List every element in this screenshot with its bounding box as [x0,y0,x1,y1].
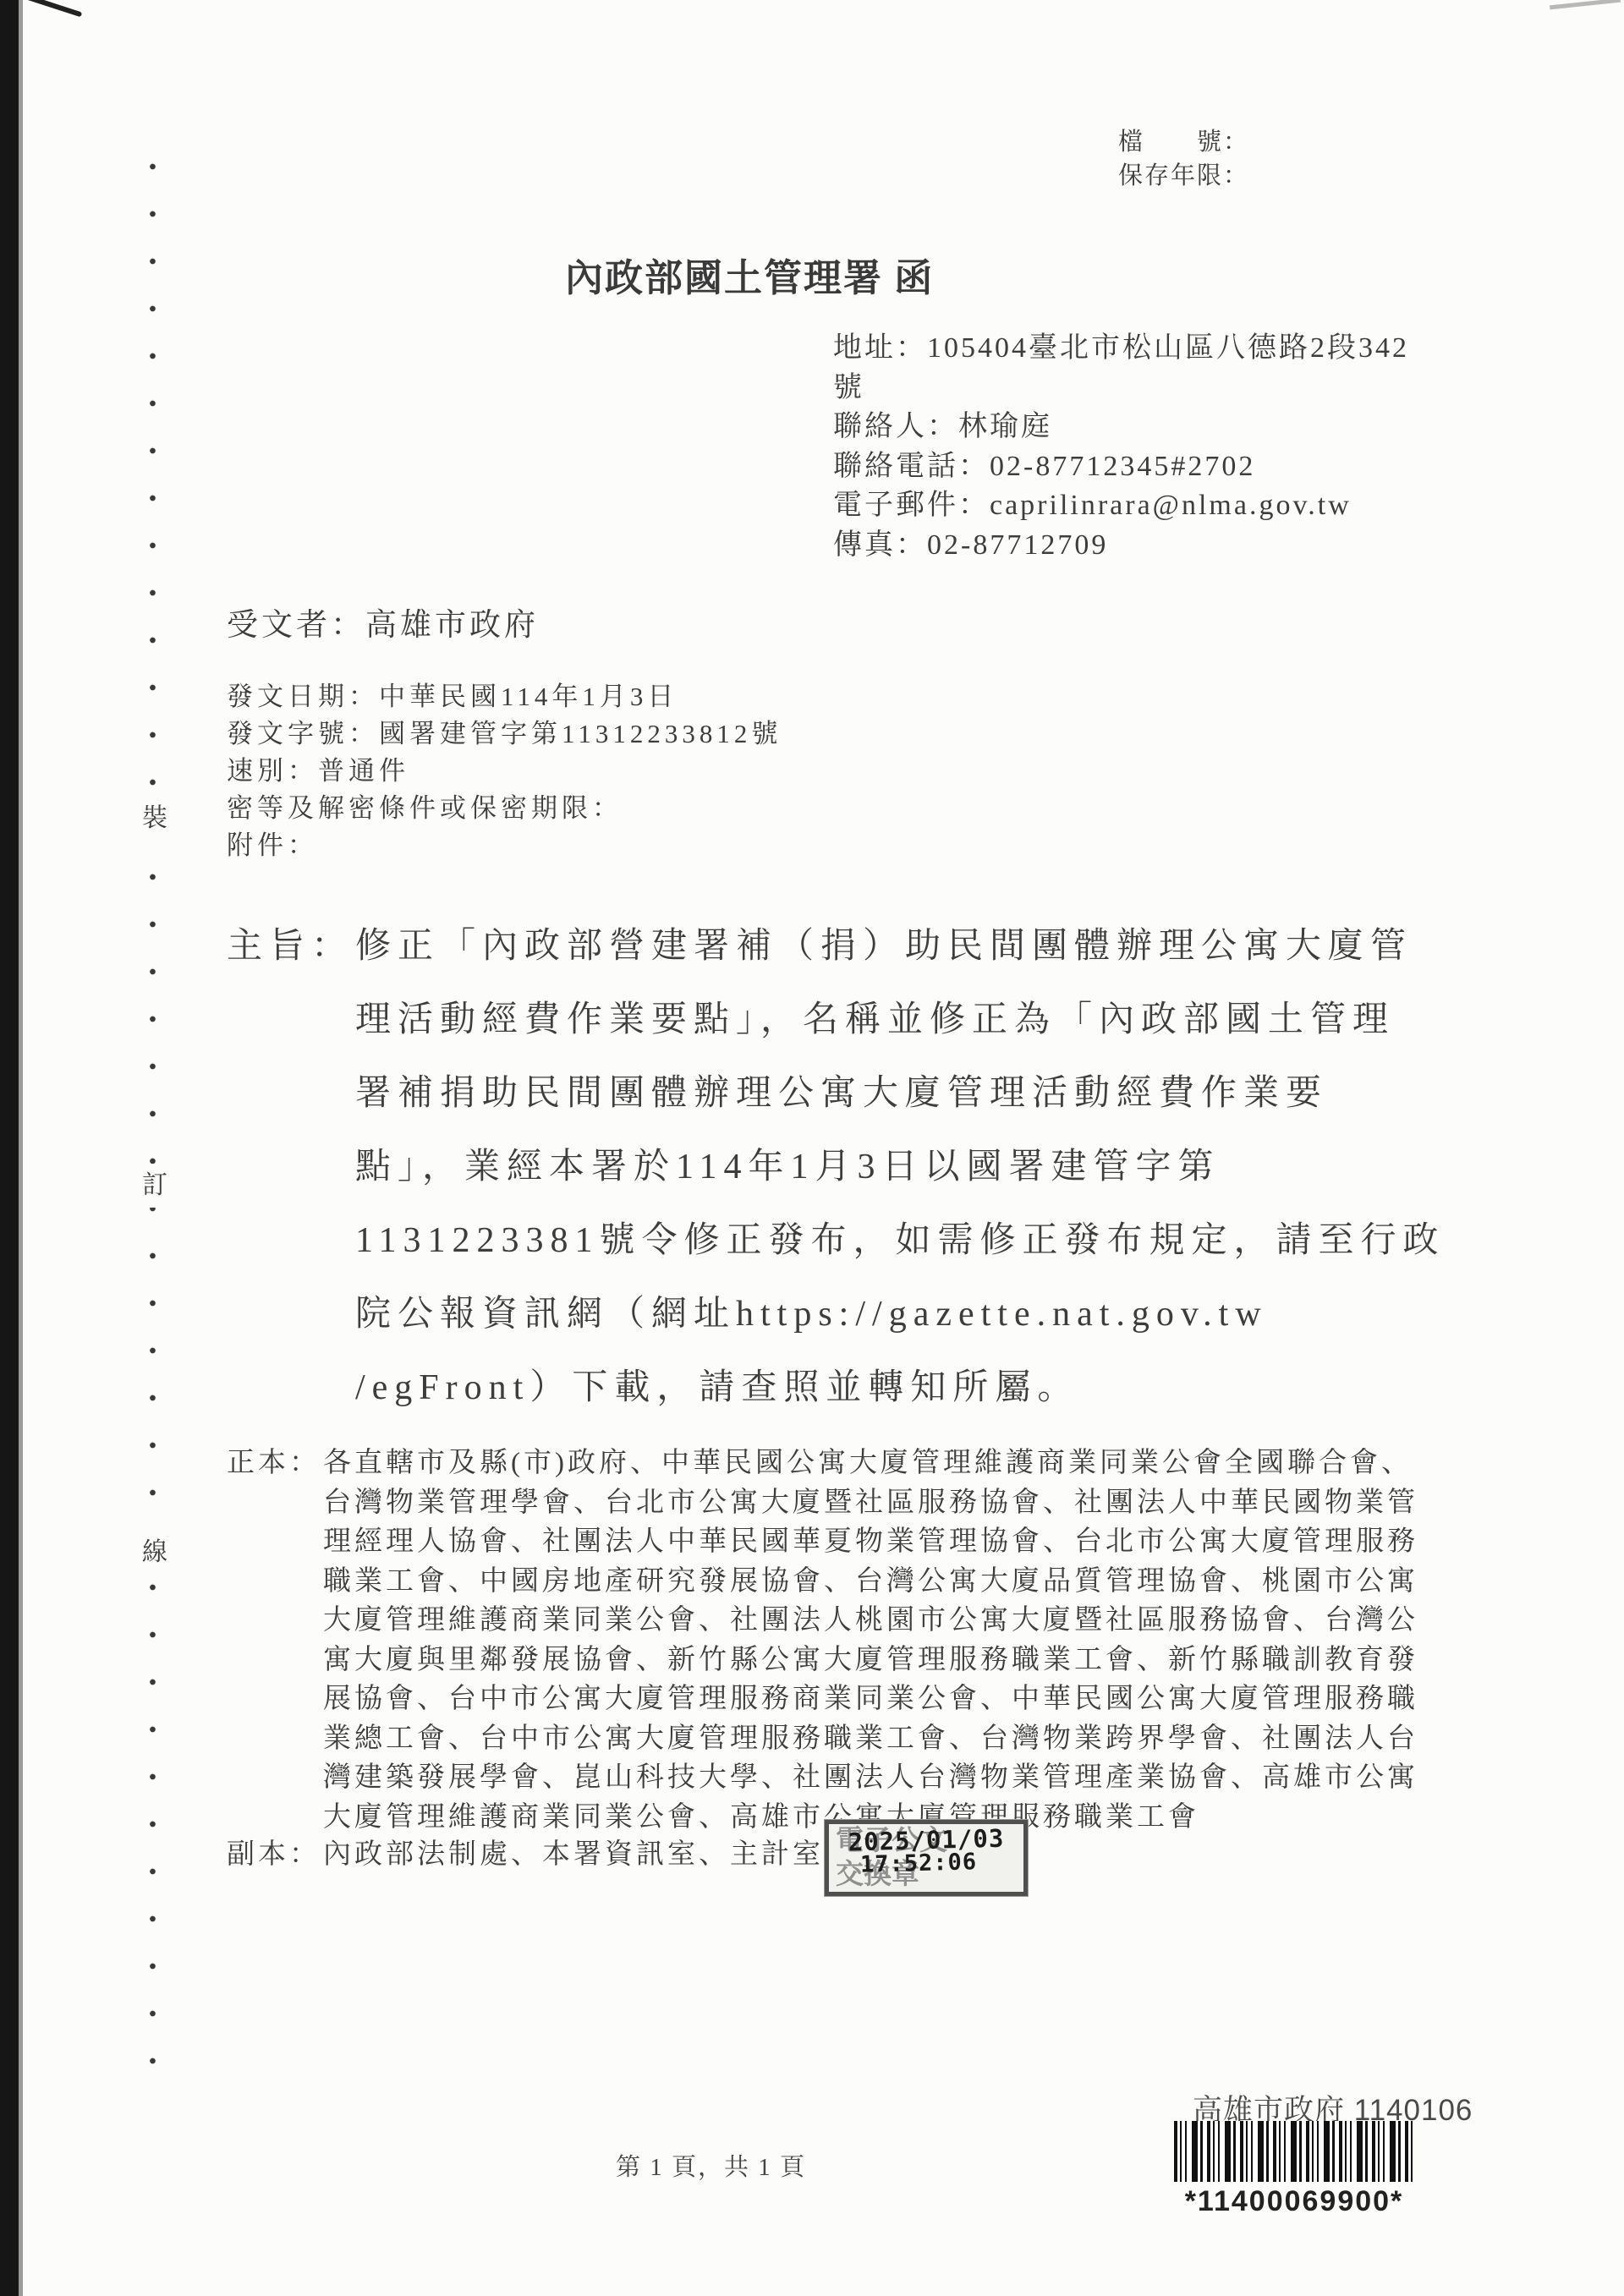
original-copy-line: 灣建築發展學會、崑山科技大學、社團法人台灣物業管理產業協會、高雄市公寓 [323,1755,1418,1795]
subject-line: 點」，業經本署於114年1月3日以國署建管字第 [355,1138,1445,1212]
stamp-time: 17:52:06 [859,1849,977,1878]
original-copy-line: 大廈管理維護商業同業公會、社團法人桃園市公寓大廈暨社區服務協會、台灣公 [323,1597,1418,1637]
recipient-line: 受文者：高雄市政府 [227,599,539,644]
subject-line: 修正「內政部營建署補（捐）助民間團體辦理公寓大廈管 [355,918,1445,991]
official-letter-page: 裝 訂 線 檔 號： 保存年限： 內政部國土管理署 函 地址：105404臺北市… [0,0,1624,2296]
meta-block: 發文日期：中華民國114年1月3日 發文字號：國署建管字第11312233812… [227,675,782,861]
sender-contact-person: 聯絡人：林瑜庭 [833,403,1409,442]
sender-address-line1: 地址：105404臺北市松山區八德路2段342 [833,324,1409,364]
barcode-number: *11400069900* [1174,2185,1414,2218]
binding-mark-ding: 訂 [135,1164,174,1208]
subject-line: 1131223381號令修正發布，如需修正發布規定，請至行政 [355,1212,1445,1285]
scan-mark-top-left [26,0,83,17]
barcode [1174,2121,1414,2182]
original-copy-label: 正本： [227,1440,321,1480]
original-copy-list: 各直轄市及縣(市)政府、中華民國公寓大廈管理維護商業同業公會全國聯合會、 台灣物… [323,1440,1418,1833]
original-copy-line: 寓大廈與里鄰發展協會、新竹縣公寓大廈管理服務職業工會、新竹縣職訓教育發 [323,1637,1418,1677]
binding-dotted-line [149,162,156,2078]
subject-body: 修正「內政部營建署補（捐）助民間團體辦理公寓大廈管 理活動經費作業要點」，名稱並… [355,918,1445,1433]
cc-label: 副本： [227,1832,321,1871]
file-number-label: 檔 號： [1118,125,1249,159]
original-copy-line: 各直轄市及縣(市)政府、中華民國公寓大廈管理維護商業同業公會全國聯合會、 [323,1440,1418,1480]
subject-line: /egFront）下載，請查照並轉知所屬。 [355,1359,1445,1433]
original-copy-line: 職業工會、中國房地產研究發展協會、台灣公寓大廈品質管理協會、桃園市公寓 [323,1559,1418,1598]
priority-line: 速別：普通件 [227,749,782,786]
original-copy-line: 理經理人協會、社團法人中華民國華夏物業管理協會、台北市公寓大廈管理服務 [323,1519,1418,1559]
issue-number-line: 發文字號：國署建管字第11312233812號 [227,712,782,749]
attachment-line: 附件： [227,824,782,861]
original-copy-line: 業總工會、台中市公寓大廈管理服務職業工會、台灣物業跨界學會、社團法人台 [323,1716,1418,1756]
subject-line: 署補捐助民間團體辦理公寓大廈管理活動經費作業要 [355,1065,1445,1138]
page-number: 第 1 頁，共 1 頁 [616,2148,806,2183]
subject-line: 理活動經費作業要點」，名稱並修正為「內政部國土管理 [355,991,1445,1065]
subject-line: 院公報資訊網（網址https://gazette.nat.gov.tw [355,1285,1445,1359]
electronic-exchange-stamp: 電子公文 交換章 2025/01/03 17:52:06 [825,1820,1028,1896]
retention-period-label: 保存年限： [1118,159,1249,193]
subject-label: 主旨： [227,918,354,968]
original-copy-line: 展協會、台中市公寓大廈管理服務商業同業公會、中華民國公寓大廈管理服務職 [323,1676,1418,1716]
cc-text: 內政部法制處、本署資訊室、主計室 [323,1832,824,1871]
original-copy-line: 台灣物業管理學會、台北市公寓大廈暨社區服務協會、社團法人中華民國物業管 [323,1480,1418,1520]
document-title: 內政部國土管理署 函 [565,247,934,302]
scan-edge [0,0,19,2296]
sender-info-block: 地址：105404臺北市松山區八德路2段342 號 聯絡人：林瑜庭 聯絡電話：0… [833,324,1409,560]
sender-fax: 傳真：02-87712709 [833,521,1409,561]
binding-mark-zhuang: 裝 [135,797,174,841]
binding-mark-xian: 線 [135,1531,174,1575]
file-number-block: 檔 號： 保存年限： [1118,125,1249,193]
issue-date-line: 發文日期：中華民國114年1月3日 [227,675,782,712]
sender-address-line2: 號 [833,364,1409,403]
classification-line: 密等及解密條件或保密期限： [227,786,782,824]
scan-edge-shadow [19,0,23,2296]
sender-email: 電子郵件：caprilinrara@nlma.gov.tw [833,481,1409,521]
scan-mark-top-right [1550,0,1621,9]
sender-phone: 聯絡電話：02-87712345#2702 [833,442,1409,482]
